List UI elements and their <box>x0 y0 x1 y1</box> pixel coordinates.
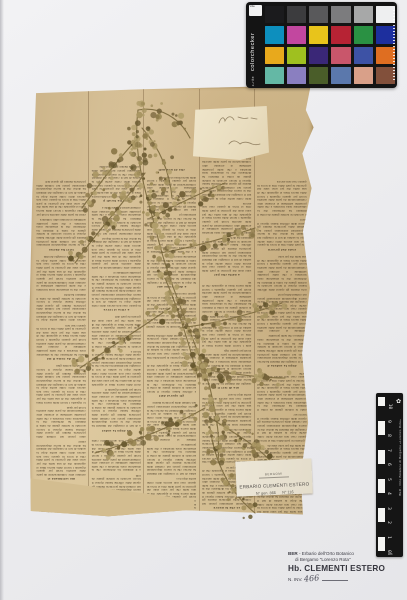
herbarium-scan: xrite colorchecker x-rite di una nella c… <box>0 0 407 600</box>
ruler-side-text: BER · Orto Botanico di Bergamo «Lorenzo … <box>398 419 402 496</box>
newsprint-headline: uta di ieri il c <box>202 386 251 390</box>
newsprint-headline: a citta si trova <box>92 308 141 312</box>
ruler-tick-number: 2 <box>386 521 391 524</box>
institution-stamp: BER - Erbario dell'Orto Botanico di Berg… <box>288 551 400 582</box>
colorchecker-side-strip: xrite colorchecker x-rite <box>246 2 265 88</box>
newsprint-paragraph: ncia mentre gli operai delle officine ha… <box>257 254 306 290</box>
newsprint-paragraph: detto come anche dopo la seduta di ieri … <box>202 156 251 200</box>
color-patch <box>331 67 350 84</box>
color-patch <box>309 67 328 84</box>
ruler-cm-block <box>378 479 385 494</box>
newsprint-paragraph: avranno altre comunicazioni da parte del… <box>92 236 141 269</box>
ruler-tick-number: 4 <box>386 492 391 495</box>
color-patch <box>265 6 284 23</box>
ruler-cm-block <box>378 537 385 552</box>
inventory-label: N. INV. <box>288 577 302 583</box>
newsprint-paragraph: che le nuove disposizioni entreranno pre… <box>36 217 85 246</box>
newsprint-paragraph: arato che la situazione resta invariata … <box>36 254 85 290</box>
newsprint-paragraph: avranno altre comunicazioni da parte del… <box>36 439 85 475</box>
newsprint-paragraph: zioni da parte delle autorita locali per… <box>36 179 85 215</box>
newsprint-paragraph: zioni entreranno presto nei comuni della… <box>92 206 141 235</box>
newsprint-paragraph: cine hanno ripreso il lavoro secondo le … <box>202 280 251 313</box>
newsprint-paragraph: settimane si avranno altre comunicazioni… <box>257 292 306 332</box>
newsprint-paragraph: anno presto nei comuni della provincia m… <box>36 405 85 438</box>
ruler-tick-number: 1 <box>386 536 391 539</box>
color-patch <box>287 67 306 84</box>
inventory-underline <box>322 580 348 581</box>
newsprint-column: tro ha dichiarato che la situazione rest… <box>144 89 199 513</box>
color-patch <box>354 67 373 84</box>
newsprint-headline: he dopo la sedut <box>92 429 141 433</box>
color-patch <box>354 6 373 23</box>
herbarium-name: Hb. CLEMENTI ESTERO <box>288 564 400 575</box>
newsprint-paragraph: no state dal governo le parti della citt… <box>147 329 196 358</box>
newsprint-headline: istri ha deciso <box>36 248 85 252</box>
newsprint-paragraph: a e che nelle prossime settimane si avra… <box>147 213 196 253</box>
color-patch <box>331 26 350 43</box>
color-patch <box>287 6 306 23</box>
color-patch <box>354 26 373 43</box>
ruler-tick-number: 7 <box>386 449 391 452</box>
newsprint-headline: che di una nell <box>147 168 196 172</box>
colorchecker-card: xrite colorchecker x-rite <box>246 2 397 88</box>
colorchecker-grid <box>265 2 397 88</box>
newsprint-column: della nuova linea si apprende che di una… <box>89 89 144 513</box>
leaf-cluster <box>248 515 252 519</box>
newsprint-paragraph: to riguarda i lavori della nuova linea s… <box>36 364 85 404</box>
color-patch <box>309 6 328 23</box>
color-patch <box>309 26 328 43</box>
color-patch <box>265 26 284 43</box>
newsprint-paragraph: a di ieri il consiglio dei ministri ha d… <box>92 387 141 427</box>
xrite-logo-chip: xrite <box>249 5 262 16</box>
newsprint-column: i il consiglio dei ministri ha deciso ch… <box>34 89 89 513</box>
newsprint-headline: a detto come anc <box>147 285 196 289</box>
newsprint-paragraph: ondo le notizie giunte da roma il minist… <box>257 371 306 411</box>
xrite-maker-text: x-rite <box>251 76 255 86</box>
colorchecker-brand-text: colorchecker <box>250 19 256 71</box>
color-patch <box>354 47 373 64</box>
ruler-cm-block <box>378 397 385 406</box>
color-patch <box>309 47 328 64</box>
ruler-tick-number: 10 <box>387 404 392 409</box>
newsprint-paragraph: nistro ha dichiarato che la situazione r… <box>36 323 85 356</box>
color-patch <box>331 47 350 64</box>
ruler-tick-number: 9 <box>386 420 391 423</box>
newsprint-paragraph: e officine hanno ripreso il lavoro secon… <box>147 360 196 393</box>
color-patch <box>287 26 306 43</box>
label-title: ERBARIO CLEMENTI ESTERO <box>236 481 312 489</box>
handwriting-strokes <box>193 106 269 160</box>
stamp-line1-rest: - Erbario dell'Orto Botanico <box>298 551 354 556</box>
leaf-cluster <box>243 517 245 519</box>
newsprint-paragraph: iarato che la situazione resta invariata… <box>202 201 251 234</box>
newsprint-paragraph: he dopo la seduta di ieri il consiglio d… <box>147 254 196 283</box>
newsprint-headline: a nella che per <box>202 273 251 277</box>
newsprint-paragraph: ituazione resta invariata e che nelle pr… <box>202 393 251 426</box>
newsprint-paragraph: sono state dal governo le parti della ci… <box>202 235 251 271</box>
newsprint-headline: gli operai dell <box>147 394 196 398</box>
ruler-cm-block <box>378 450 385 465</box>
color-patch <box>287 47 306 64</box>
newsprint-paragraph: eduta di ieri il consiglio dei ministri … <box>147 442 196 475</box>
newsprint-paragraph: i ieri il consiglio dei ministri ha deci… <box>257 334 306 363</box>
ruler-cm-block <box>378 421 385 436</box>
newsprint-headline: so che le nuove <box>202 507 251 511</box>
color-patch <box>265 67 284 84</box>
newsprint-paragraph: l governo le parti della citta si trova … <box>257 413 306 442</box>
newsprint-paragraph: er quanto riguarda i lavori della nuova … <box>92 165 141 198</box>
newsprint-headline: te da roma il mi <box>36 357 85 361</box>
scale-ruler: ✿ BER · Orto Botanico di Bergamo «Lorenz… <box>376 393 403 557</box>
ruler-cm-block <box>378 508 385 523</box>
stamp-acronym: BER <box>288 551 298 556</box>
newsprint-paragraph: esto nei comuni della provincia mentre g… <box>147 175 196 211</box>
color-patch <box>331 6 350 23</box>
handwritten-slip <box>193 106 269 160</box>
newsprint-paragraph: in questo caso non ancora detto come anc… <box>92 270 141 306</box>
newsprint-paragraph: o le parti della citta si trova in quest… <box>257 217 306 246</box>
ruler-tick-number: 5 <box>386 478 391 481</box>
inventory-row: N. INV. 466 <box>288 576 400 582</box>
stamp-line2: di Bergamo "Lorenzo Rota" <box>288 557 400 563</box>
colorchecker-mini-ruler <box>393 10 395 80</box>
label-top-line: BERGOMI <box>259 471 289 478</box>
newsprint-headline: dopo la seduta d <box>257 364 306 368</box>
newsprint-paragraph: onsiglio dei ministri ha deciso che le n… <box>202 348 251 384</box>
newsprint-headline: state dal govern <box>257 248 306 252</box>
newsprint-paragraph: no state dal governo le parti della citt… <box>202 427 251 463</box>
newsprint-paragraph: o secondo le notizie giunte da roma il m… <box>257 179 306 215</box>
newsprint-headline: utorita locali p <box>92 199 141 203</box>
ruler-tick-number: 3 <box>386 507 391 510</box>
ruler-tick-number: 6 <box>386 463 391 466</box>
color-patch <box>265 47 284 64</box>
specimen-label: BERGOMI ERBARIO CLEMENTI ESTERO N° gen. … <box>235 458 312 496</box>
ruler-tick-number: 8 <box>386 434 391 437</box>
newsprint-paragraph: o il lavoro secondo le notizie giunte da… <box>147 292 196 328</box>
inventory-number-handwritten: 466 <box>304 575 320 583</box>
newsprint-paragraph: a il ministro ha dichiarato che la situa… <box>92 435 141 471</box>
newsprint-paragraph: econdo le notizie giunte da roma il mini… <box>92 315 141 348</box>
newsprint-paragraph: arda i lavori della nuova linea si appre… <box>202 314 251 347</box>
ruler-logo-icon: ✿ <box>396 398 401 405</box>
newsprint-paragraph: ancora detto come anche dopo la seduta d… <box>36 292 85 321</box>
newspaper-sheet: di una nella che per sono state dal gove… <box>28 84 315 518</box>
newsprint-paragraph: ttimane si avranno altre comunicazioni d… <box>147 401 196 441</box>
newsprint-paragraph: avori della nuova linea si apprende che … <box>92 349 141 385</box>
